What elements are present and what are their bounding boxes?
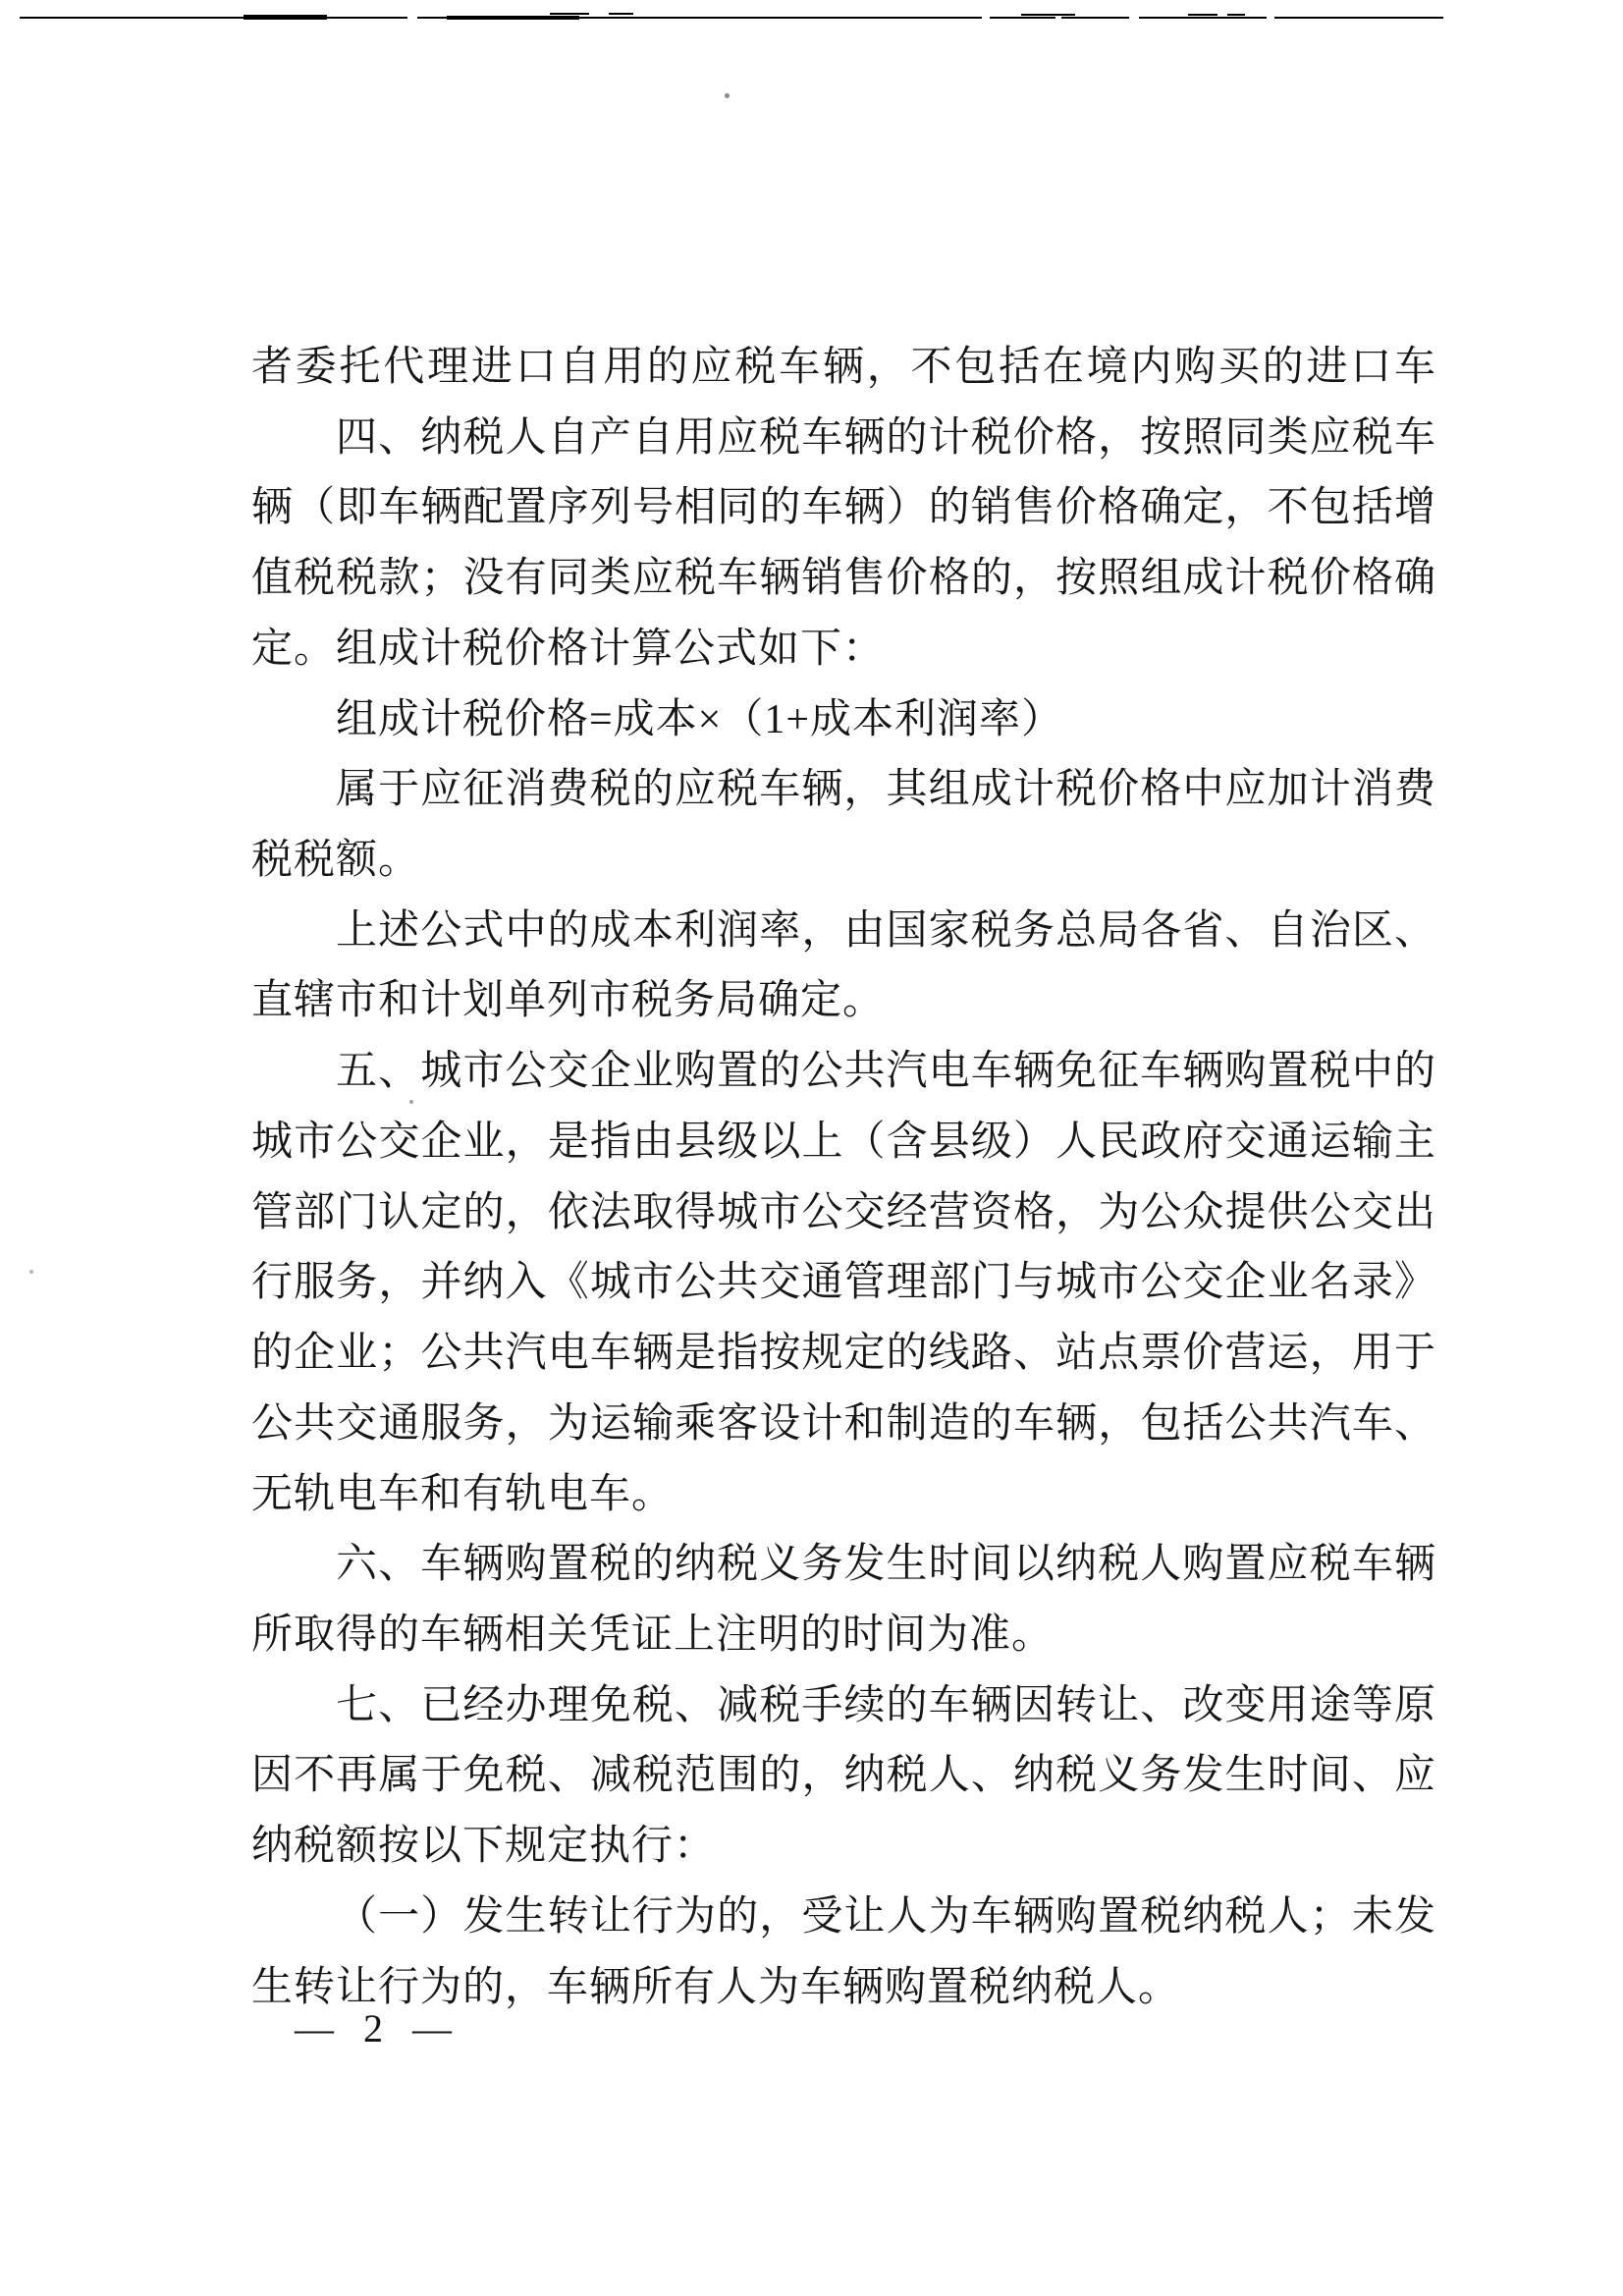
text-line: （一）发生转让行为的，受让人为车辆购置税纳税人；未发 — [251, 1883, 1436, 1953]
text-line: 定。组成计税价格计算公式如下： — [251, 615, 1436, 685]
text-line: 纳税额按以下规定执行： — [251, 1812, 1436, 1883]
text-line: 无轨电车和有轨电车。 — [251, 1460, 1436, 1531]
text-line: 的企业；公共汽电车辆是指按规定的线路、站点票价营运，用于 — [251, 1319, 1436, 1390]
text-line: 属于应征消费税的应税车辆，其组成计税价格中应加计消费 — [251, 755, 1436, 826]
text-line: 公共交通服务，为运输乘客设计和制造的车辆，包括公共汽车、 — [251, 1390, 1436, 1460]
text-line: 上述公式中的成本利润率，由国家税务总局各省、自治区、 — [251, 897, 1436, 967]
text-line: 六、车辆购置税的纳税义务发生时间以纳税人购置应税车辆 — [251, 1530, 1436, 1601]
text-line: 者委托代理进口自用的应税车辆，不包括在境内购买的进口车辆。 — [251, 333, 1436, 404]
ink-speck — [725, 93, 730, 98]
document-page: 者委托代理进口自用的应税车辆，不包括在境内购买的进口车辆。 四、纳税人自产自用应… — [0, 0, 1623, 2296]
ink-speck — [29, 1270, 33, 1274]
text-line: 直辖市和计划单列市税务局确定。 — [251, 966, 1436, 1037]
page-number: — 2 — — [295, 2003, 461, 2054]
text-line: 四、纳税人自产自用应税车辆的计税价格，按照同类应税车 — [251, 404, 1436, 474]
text-line: 五、城市公交企业购置的公共汽电车辆免征车辆购置税中的 — [251, 1037, 1436, 1108]
document-body: 者委托代理进口自用的应税车辆，不包括在境内购买的进口车辆。 四、纳税人自产自用应… — [251, 333, 1436, 2023]
text-line: 行服务，并纳入《城市公共交通管理部门与城市公交企业名录》 — [251, 1248, 1436, 1319]
text-line: 七、已经办理免税、减税手续的车辆因转让、改变用途等原 — [251, 1671, 1436, 1742]
text-line: 所取得的车辆相关凭证上注明的时间为准。 — [251, 1601, 1436, 1671]
formula-line: 组成计税价格=成本×（1+成本利润率） — [251, 685, 1436, 756]
text-line: 城市公交企业，是指由县级以上（含县级）人民政府交通运输主 — [251, 1108, 1436, 1178]
text-line: 辆（即车辆配置序列号相同的车辆）的销售价格确定，不包括增 — [251, 473, 1436, 544]
text-line: 管部门认定的，依法取得城市公交经营资格，为公众提供公交出 — [251, 1178, 1436, 1249]
text-line: 因不再属于免税、减税范围的，纳税人、纳税义务发生时间、应 — [251, 1741, 1436, 1812]
text-line: 值税税款；没有同类应税车辆销售价格的，按照组成计税价格确 — [251, 544, 1436, 615]
text-line: 税税额。 — [251, 826, 1436, 897]
